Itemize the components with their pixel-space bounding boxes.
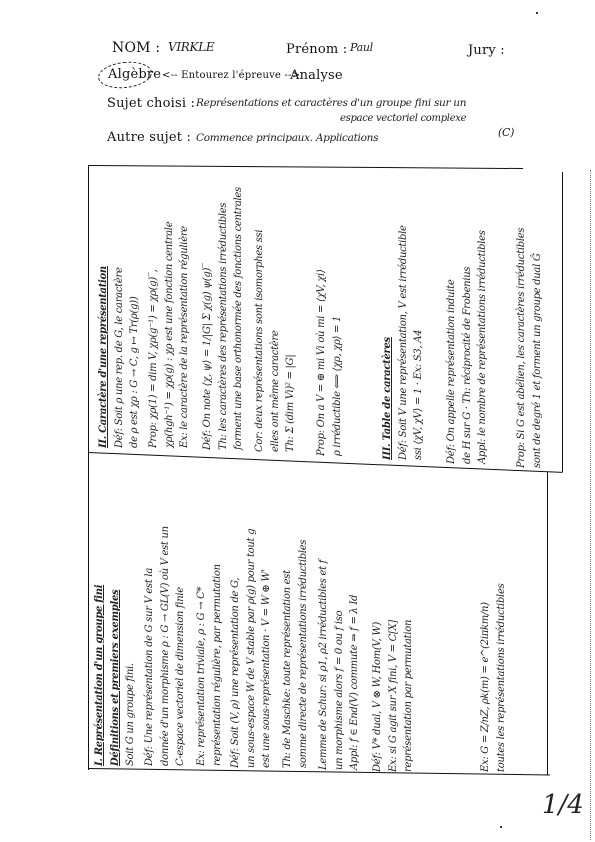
top-column: Prop: Si G est abélien, les caractères i… <box>514 228 545 468</box>
top-column: Prop: χρ(1) = dim V, χρ(g⁻¹) = χρ(g)‾, χ… <box>146 222 193 448</box>
frame-top-border <box>88 165 523 169</box>
frame-right-border <box>562 172 563 472</box>
top-column: Déf: On appelle représentation induite d… <box>444 230 491 464</box>
bottom-column: Déf: Une représentation de G sur V est l… <box>142 526 189 766</box>
bottom-column: Th: de Maschke: toute représentation est… <box>280 540 311 768</box>
bottom-column: Lemme de Schur: si ρ1, ρ2 irréductibles … <box>316 560 363 770</box>
prenom-value: Paul <box>350 41 373 54</box>
prenom-label: Prénom : <box>286 42 347 57</box>
option-algebre: Algèbre <box>108 67 161 82</box>
top-column: III. Table de caractères Déf: Soit V une… <box>380 225 427 460</box>
jury-label: Jury : <box>468 43 505 58</box>
top-column: Cor: deux représentations sont isomorphe… <box>252 230 299 452</box>
autre-sujet-extra: (C) <box>498 126 514 139</box>
sujet-choisi-label: Sujet choisi : <box>107 96 195 111</box>
bottom-column: Ex: représentation triviale, ρ : G → C* … <box>194 564 225 766</box>
nom-label: NOM : <box>112 40 160 56</box>
scan-speck <box>500 826 502 828</box>
bottom-column: Déf: Soit (V, ρ) une représentation de G… <box>228 529 275 768</box>
scan-speck <box>536 12 538 14</box>
bottom-column: I. Représentation d'un groupe fini Défin… <box>92 585 139 766</box>
top-column: Prop: On a V = ⊕ mi Vi où mi = ⟨χV, χi⟩ … <box>314 269 345 456</box>
option-analyse: Analyse <box>290 68 343 83</box>
top-column: II. Caractère d'une représentation Déf: … <box>96 266 143 448</box>
frame-right-border-lower <box>547 472 548 775</box>
page-number: 1/4 <box>542 790 584 820</box>
autre-sujet-label: Autre sujet : <box>107 130 191 145</box>
nom-value: VIRKLE <box>168 40 214 54</box>
option-instruction: <-- Entourez l'épreuve --> <box>162 70 300 81</box>
sujet-choisi-value: Représentations et caractères d'un group… <box>196 97 466 109</box>
autre-sujet-value: Commence principaux. Applications <box>196 132 378 144</box>
sujet-choisi-continuation: espace vectoriel complexe <box>340 113 466 124</box>
bottom-column: Ex: G = Z/nZ, ρk(m) = e^(2iπkm/n) toutes… <box>478 584 509 772</box>
frame-left-border <box>88 165 89 770</box>
scan-edge <box>590 170 591 840</box>
top-column: Déf: On note ⟨χ, ψ⟩ = 1/|G| Σ χ(g) ψ(g)‾… <box>200 187 247 450</box>
bottom-column: Déf: V* dual, V ⊗ W, Hom(V, W) Ex: si G … <box>370 620 417 772</box>
